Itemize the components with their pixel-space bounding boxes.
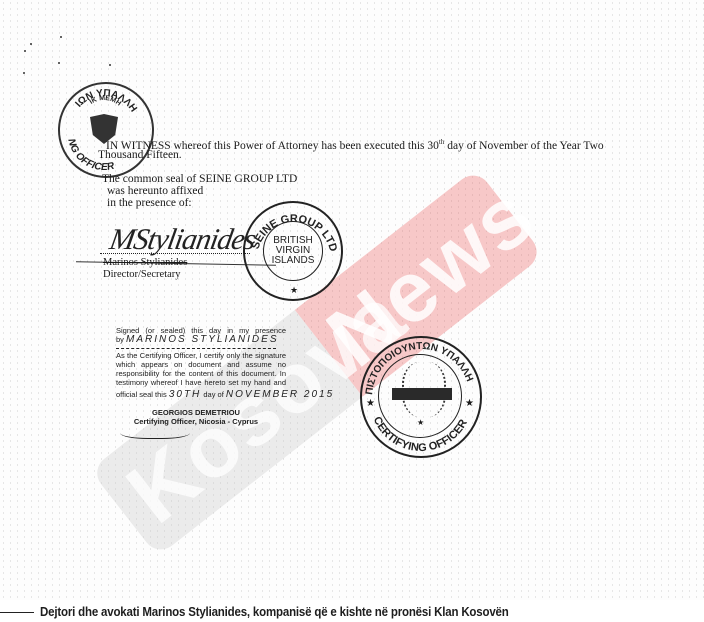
company-seal: SEINE GROUP LTD BRITISH VIRGIN ISLANDS ★ xyxy=(243,201,343,301)
cyprus-official-seal: ΙΩΝ ΥΠΑΛΛΗ NG OFFICER IK MEMH xyxy=(58,82,154,178)
signature-line xyxy=(100,253,250,254)
speck xyxy=(30,43,32,45)
statement-line: testimony whereof I have hereto set my h… xyxy=(116,378,286,387)
certifying-officer-seal: ΠΙΣΤΟΠΟΙΟΥΝΤΩΝ ΥΠΑΛΛΗ CERTIFYING OFFICER… xyxy=(360,336,482,458)
scanned-document: Kosova News ΙΩΝ ΥΠΑΛΛΗ NG OFFICER IK MEM… xyxy=(0,0,704,600)
certification-stamp: Signed (or sealed) this day in my presen… xyxy=(116,326,286,426)
seal-line: ISLANDS xyxy=(245,256,341,266)
caption-text: Dejtori dhe avokati Marinos Stylianides,… xyxy=(40,605,509,619)
image-caption: Dejtori dhe avokati Marinos Stylianides,… xyxy=(0,603,549,621)
stamp-divider xyxy=(116,348,276,349)
star-icon: ★ xyxy=(465,398,474,409)
statement-line: which appears on document and assume no xyxy=(116,360,286,369)
day-of-label: day of xyxy=(203,390,223,399)
handwritten-signature: MStylianides xyxy=(107,223,258,257)
month-year-value: NOVEMBER 2015 xyxy=(226,389,334,400)
company-seal-center-text: BRITISH VIRGIN ISLANDS xyxy=(245,236,341,266)
certifying-seal-ring-text: ΠΙΣΤΟΠΟΙΟΥΝΤΩΝ ΥΠΑΛΛΗ CERTIFYING OFFICER xyxy=(362,338,480,456)
by-label: by xyxy=(116,335,124,344)
signed-by-value: MARINOS STYLIANIDES xyxy=(126,334,278,345)
statement-line: responsibility for the content of this d… xyxy=(116,369,286,378)
star-icon: ★ xyxy=(417,418,424,427)
official-seal-row: official seal this 30TH day of NOVEMBER … xyxy=(116,390,286,399)
speck xyxy=(24,50,26,52)
officer-signature xyxy=(120,424,190,439)
day-value: 30TH xyxy=(169,389,201,400)
statement-line: As the Certifying Officer, I certify onl… xyxy=(116,351,286,360)
signed-by-row: by MARINOS STYLIANIDES xyxy=(116,335,286,344)
officer-name: GEORGIOS DEMETRIOU xyxy=(116,408,276,417)
svg-text:ΠΙΣΤΟΠΟΙΟΥΝΤΩΝ ΥΠΑΛΛΗ: ΠΙΣΤΟΠΟΙΟΥΝΤΩΝ ΥΠΑΛΛΗ xyxy=(364,341,475,395)
speck xyxy=(109,64,111,66)
speck xyxy=(23,72,25,74)
witness-text-end: day of November of the Year Two xyxy=(444,140,603,152)
star-icon: ★ xyxy=(366,398,375,409)
witness-clause-line2: Thousand Fifteen. xyxy=(98,149,182,162)
speck xyxy=(58,62,60,64)
official-seal-label: official seal this xyxy=(116,390,167,399)
seal-statement-3: in the presence of: xyxy=(107,197,192,210)
caption-rule xyxy=(0,612,34,613)
star-icon: ★ xyxy=(290,285,298,296)
signatory-title: Director/Secretary xyxy=(103,268,181,281)
speck xyxy=(60,36,62,38)
